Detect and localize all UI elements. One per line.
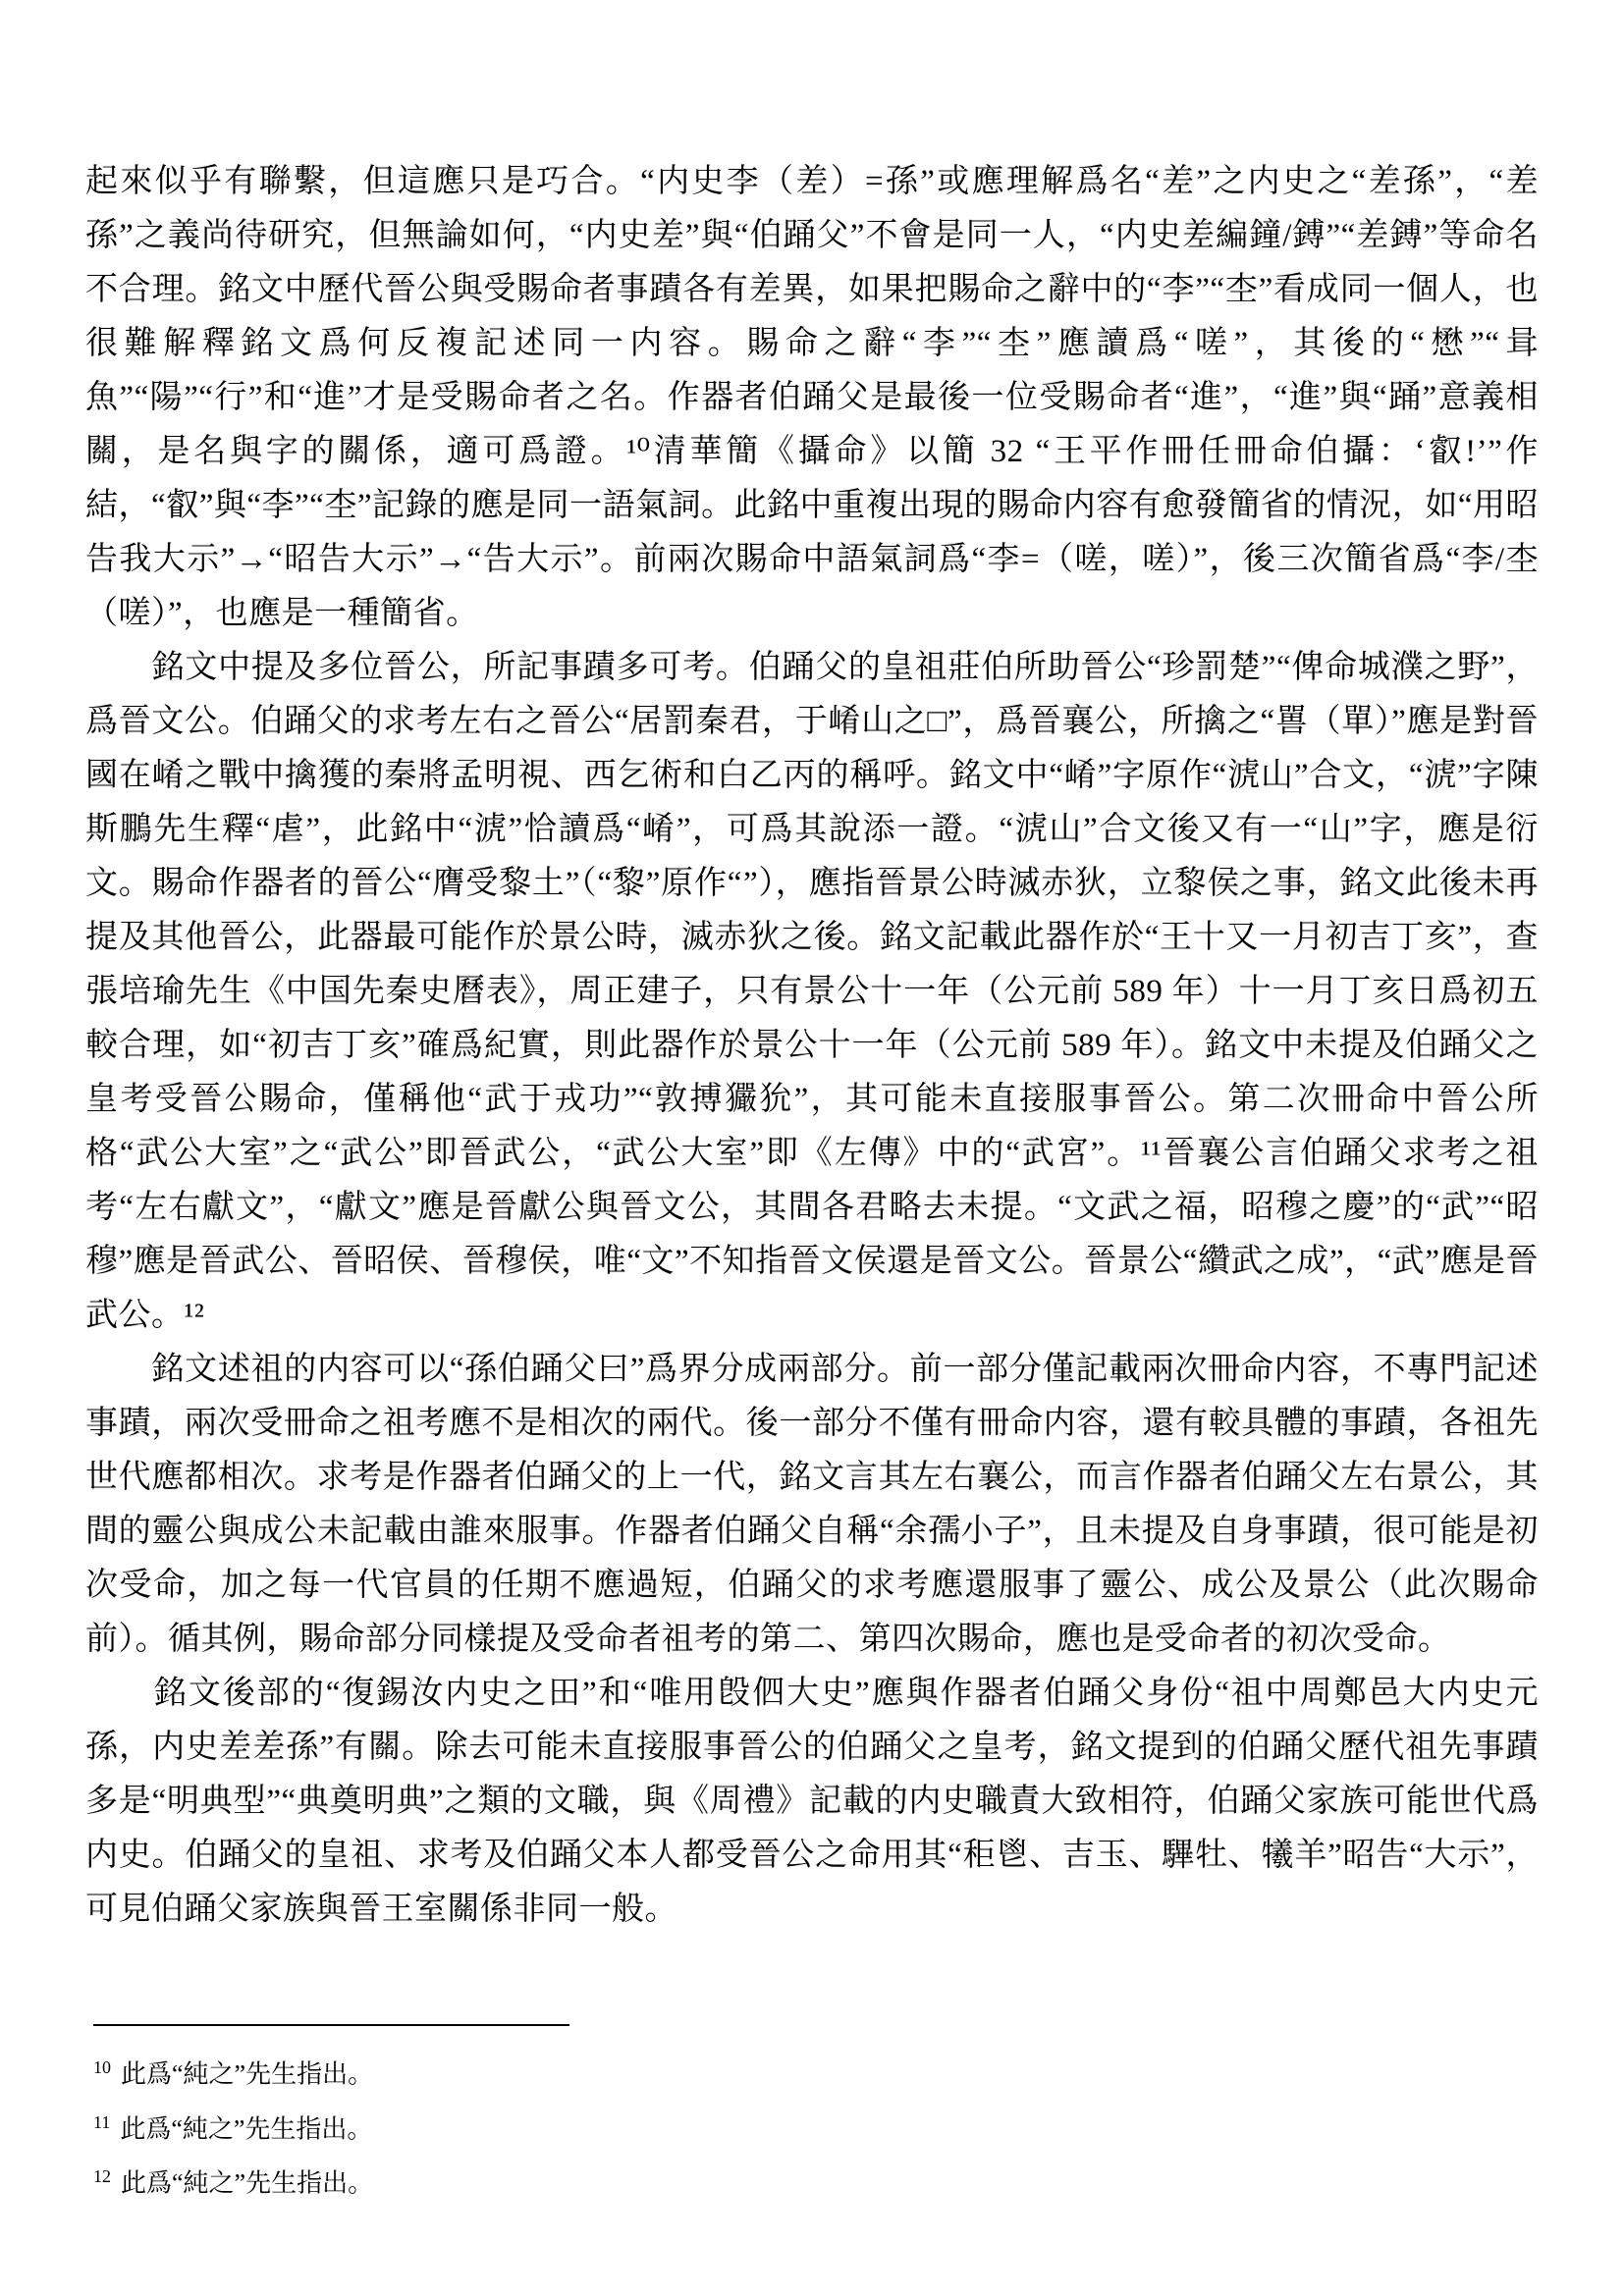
- paragraph-3: 銘文述祖的内容可以“孫伯踊父曰”爲界分成兩部分。前一部分僅記載兩次冊命内容，不專…: [85, 1343, 1539, 1667]
- footnote-text-12: 此爲“純之”先生指出。: [121, 2169, 373, 2198]
- footnote-item-10: 10此爲“純之”先生指出。: [93, 2044, 1546, 2099]
- footnote-item-12: 12此爲“純之”先生指出。: [93, 2153, 1546, 2208]
- paragraph-2: 銘文中提及多位晉公，所記事蹟多可考。伯踊父的皇祖莊伯所助晉公“珍罰楚”“俾命城濮…: [85, 641, 1539, 1343]
- footnote-marker-12: 12: [93, 2166, 111, 2186]
- footnote-item-11: 11此爲“純之”先生指出。: [93, 2099, 1546, 2154]
- footnote-separator: [93, 2024, 569, 2026]
- footnote-text-11: 此爲“純之”先生指出。: [120, 2114, 372, 2143]
- footnote-text-10: 此爲“純之”先生指出。: [121, 2060, 373, 2089]
- footnotes-section: 10此爲“純之”先生指出。 11此爲“純之”先生指出。 12此爲“純之”先生指出…: [93, 2024, 1546, 2208]
- main-text-block: 起來似乎有聯繫，但這應只是巧合。“内史李（差）=孫”或應理解爲名“差”之内史之“…: [85, 155, 1539, 1937]
- footnote-marker-10: 10: [93, 2057, 111, 2077]
- paragraph-1: 起來似乎有聯繫，但這應只是巧合。“内史李（差）=孫”或應理解爲名“差”之内史之“…: [85, 155, 1539, 641]
- document-page: 起來似乎有聯繫，但這應只是巧合。“内史李（差）=孫”或應理解爲名“差”之内史之“…: [0, 0, 1624, 2296]
- paragraph-4: 銘文後部的“復錫汝内史之田”和“唯用𣪘伵大史”應與作器者伯踊父身份“祖中周鄭邑大…: [85, 1667, 1539, 1937]
- footnote-marker-11: 11: [93, 2112, 110, 2132]
